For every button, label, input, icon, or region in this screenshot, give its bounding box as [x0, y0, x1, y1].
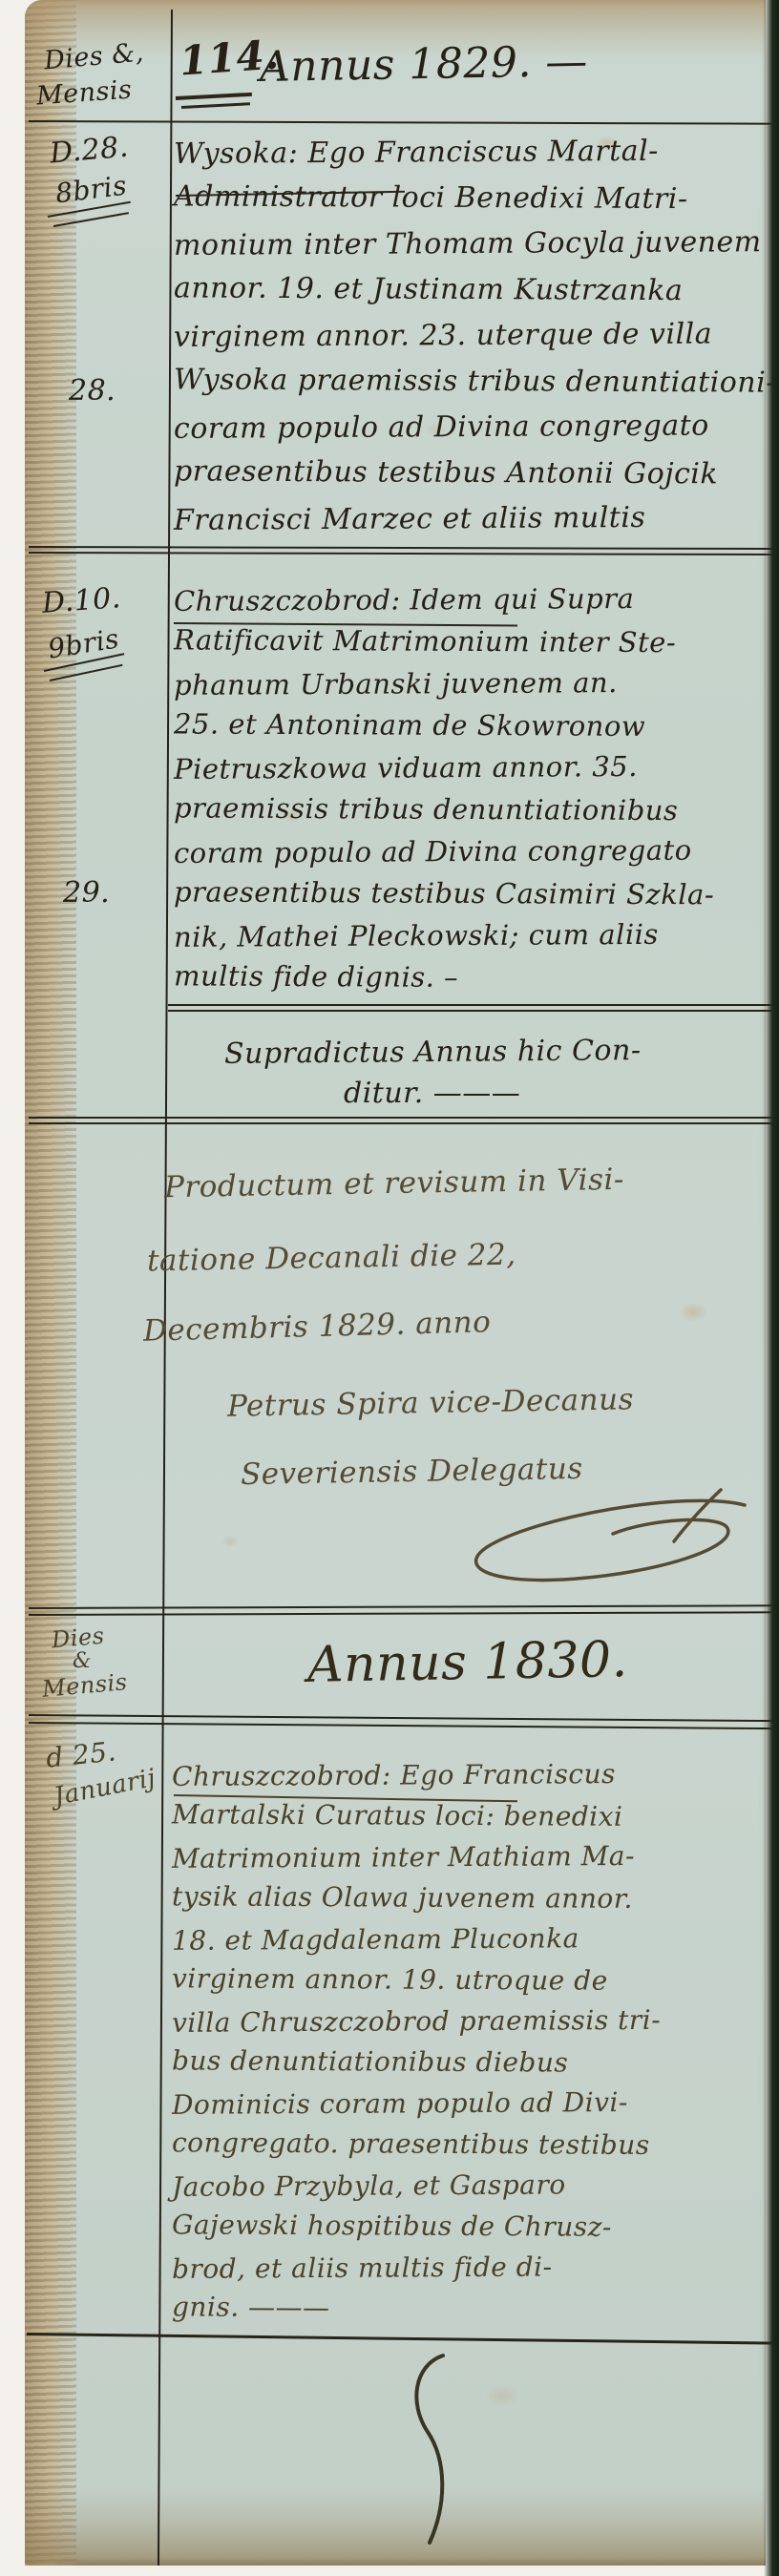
section-separator-rule	[29, 1117, 779, 1119]
visitation-line: tatione Decanali die 22,	[147, 1238, 516, 1279]
entry2-text: Chruszczobrod: Idem qui Supra Ratificavi…	[174, 578, 775, 998]
entry-text-line: virginem annor. 19. utroque de	[172, 1958, 773, 2001]
entry-text-line: 18. et Magdalenam Pluconka	[172, 1916, 773, 1961]
entry-text-line: coram populo ad Divina congregato	[174, 828, 775, 874]
entry-text-line: praemissis tribus denuntiationibus	[174, 786, 775, 831]
entry1-date: D.28.	[49, 130, 130, 170]
entry-text-line: praesentibus testibus Casimiri Szkla-	[174, 870, 775, 915]
entry-text-line: virginem annor. 23. uterque de villa	[174, 311, 775, 361]
entry-text-line: phanum Urbanski juvenem an.	[174, 660, 775, 706]
entry-text-line: Ratificavit Matrimonium inter Ste-	[174, 618, 775, 663]
entry-text-line: monium inter Thomam Gocyla juvenem	[174, 220, 775, 269]
signature-name: Petrus Spira vice-Decanus	[227, 1382, 635, 1423]
column-header-amp: &	[73, 1649, 92, 1673]
entry2-day-number: 29.	[63, 876, 110, 910]
entry-text-line: multis fide dignis. –	[174, 954, 775, 999]
entry-text-line: praesentibus testibus Antonii Gojcik	[174, 449, 775, 497]
entry-text-line: Matrimonium inter Mathiam Ma-	[172, 1834, 773, 1879]
entry-text-line: Dominicis coram populo ad Divi-	[172, 2081, 773, 2126]
parish-register-page-scan: Dies &, Mensis 114. Annus 1829. — D.28. …	[0, 0, 779, 2576]
entry-text-line: congregato. praesentibus testibus	[172, 2122, 773, 2166]
entry-text-line: brod, et aliis multis fide di-	[172, 2245, 773, 2290]
entry-text-line: Wysoka praemissis tribus denuntiationi-	[174, 357, 775, 406]
entry-text-line: Administrator loci Benedixi Matri-	[174, 174, 775, 222]
closing-note-line: Supradictus Annus hic Con-	[224, 1034, 642, 1071]
year-title-1830: Annus 1830.	[307, 1631, 629, 1694]
entry-text-line: tysik alias Olawa juvenem annor.	[172, 1875, 773, 1919]
entry-text-line: Pietruszkowa viduam annor. 35.	[174, 744, 775, 790]
entry-text-line: nik, Mathei Pleckowski; cum aliis	[174, 912, 775, 958]
closing-note-line: ditur. ———	[344, 1077, 520, 1110]
entry-text-line: villa Chruszczobrod praemissis tri-	[172, 1999, 773, 2043]
entry-text-line: Martalski Curatus loci: benedixi	[172, 1793, 773, 1837]
entry1-text: Wysoka: Ego Franciscus Martal- Administr…	[174, 130, 775, 542]
entry-separator-rule	[168, 1010, 779, 1012]
entry-text-line: 25. et Antoninam de Skowronow	[174, 702, 775, 747]
page-right-dark-edge	[764, 0, 779, 2576]
entry-text-line: gnis. ———	[172, 2286, 773, 2330]
entry-text-line: Chruszczobrod: Ego Franciscus	[172, 1752, 773, 1797]
entry2-date: D.10.	[41, 581, 122, 620]
ink-flourish-stroke	[401, 2350, 487, 2555]
entry-separator-rule	[168, 1004, 779, 1006]
signature-title: Severiensis Delegatus	[241, 1452, 583, 1492]
entry3-text: Chruszczobrod: Ego Franciscus Martalski …	[172, 1754, 773, 2329]
entry-text-line: annor. 19. et Justinam Kustrzanka	[174, 265, 775, 314]
section-separator-rule	[29, 1122, 779, 1124]
entry-text-line: Gajewski hospitibus de Chrusz-	[172, 2204, 773, 2248]
entry-text-line: bus denuntiationibus diebus	[172, 2040, 773, 2084]
entry-text-line: Wysoka: Ego Franciscus Martal-	[174, 128, 775, 178]
entry-text-line: coram populo ad Divina congregato	[174, 403, 775, 452]
year-title-1829: Annus 1829. —	[260, 37, 589, 92]
signature-paraph	[449, 1484, 764, 1608]
paper-bottom-edge	[25, 2487, 766, 2566]
entry1-day-number: 28.	[69, 374, 116, 408]
entry-text-line: Chruszczobrod: Idem qui Supra	[174, 576, 775, 622]
entry-text-line: Francisci Marzec et aliis multis	[174, 494, 775, 544]
entry-text-line: Jacobo Przybyla, et Gasparo	[172, 2163, 773, 2208]
